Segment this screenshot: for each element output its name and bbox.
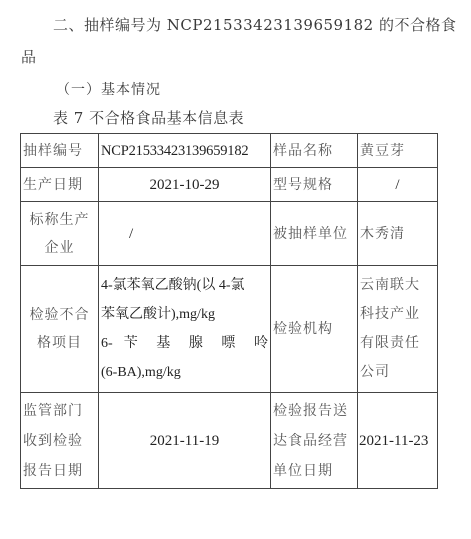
label-testing-agency: 检验机构 [271, 266, 358, 393]
label-line: 监管部门 [23, 396, 96, 426]
value-report-received-date: 2021-11-19 [99, 393, 271, 489]
value-sample-name: 黄豆芽 [358, 134, 438, 168]
label-line: 企业 [23, 234, 96, 262]
value-failed-items: 4-氯苯氧乙酸钠(以 4-氯 苯氧乙酸计),mg/kg 6- 苄 基 腺 嘌 呤… [99, 266, 271, 393]
value-sampled-unit: 木秀清 [358, 202, 438, 266]
agency-line: 科技产业 [360, 300, 435, 329]
label-line: 检验报告送 [273, 396, 355, 426]
agency-line: 有限责任 [360, 329, 435, 358]
value-production-date: 2021-10-29 [99, 168, 271, 202]
agency-line: 云南联大 [360, 271, 435, 300]
subsection-heading: （一）基本情况 [56, 79, 161, 99]
label-line: 达食品经营 [273, 426, 355, 456]
value-manufacturer: / [99, 202, 271, 266]
table-row: 抽样编号 NCP21533423139659182 样品名称 黄豆芽 [21, 134, 438, 168]
section-heading-continued: 品 [21, 46, 36, 67]
value-model-spec: / [358, 168, 438, 202]
failed-item-line: (6-BA),mg/kg [101, 358, 268, 387]
label-line: 标称生产 [23, 206, 96, 234]
label-sampled-unit: 被抽样单位 [271, 202, 358, 266]
failed-item-line: 4-氯苯氧乙酸钠(以 4-氯 [101, 271, 268, 300]
label-production-date: 生产日期 [21, 168, 99, 202]
section-heading: 二、抽样编号为 NCP21533423139659182 的不合格食 [53, 14, 456, 35]
label-sample-name: 样品名称 [271, 134, 358, 168]
value-report-delivered-date: 2021-11-23 [358, 393, 438, 489]
table-row: 标称生产 企业 / 被抽样单位 木秀清 [21, 202, 438, 266]
value-testing-agency: 云南联大 科技产业 有限责任 公司 [358, 266, 438, 393]
label-line: 报告日期 [23, 456, 96, 486]
label-failed-items: 检验不合 格项目 [21, 266, 99, 393]
label-model-spec: 型号规格 [271, 168, 358, 202]
label-line: 收到检验 [23, 426, 96, 456]
table-row: 生产日期 2021-10-29 型号规格 / [21, 168, 438, 202]
value-sample-id: NCP21533423139659182 [99, 134, 271, 168]
label-sample-id: 抽样编号 [21, 134, 99, 168]
failed-item-line: 6- 苄 基 腺 嘌 呤 [101, 329, 268, 358]
label-line: 单位日期 [273, 456, 355, 486]
label-line: 格项目 [23, 329, 96, 357]
label-line: 检验不合 [23, 301, 96, 329]
label-manufacturer: 标称生产 企业 [21, 202, 99, 266]
failed-item-line: 苯氧乙酸计),mg/kg [101, 300, 268, 329]
table-caption: 表 7 不合格食品基本信息表 [53, 107, 244, 128]
label-report-received-date: 监管部门 收到检验 报告日期 [21, 393, 99, 489]
food-info-table: 抽样编号 NCP21533423139659182 样品名称 黄豆芽 生产日期 … [20, 133, 438, 489]
agency-line: 公司 [360, 358, 435, 387]
label-report-delivered-date: 检验报告送 达食品经营 单位日期 [271, 393, 358, 489]
table-row: 检验不合 格项目 4-氯苯氧乙酸钠(以 4-氯 苯氧乙酸计),mg/kg 6- … [21, 266, 438, 393]
table-row: 监管部门 收到检验 报告日期 2021-11-19 检验报告送 达食品经营 单位… [21, 393, 438, 489]
